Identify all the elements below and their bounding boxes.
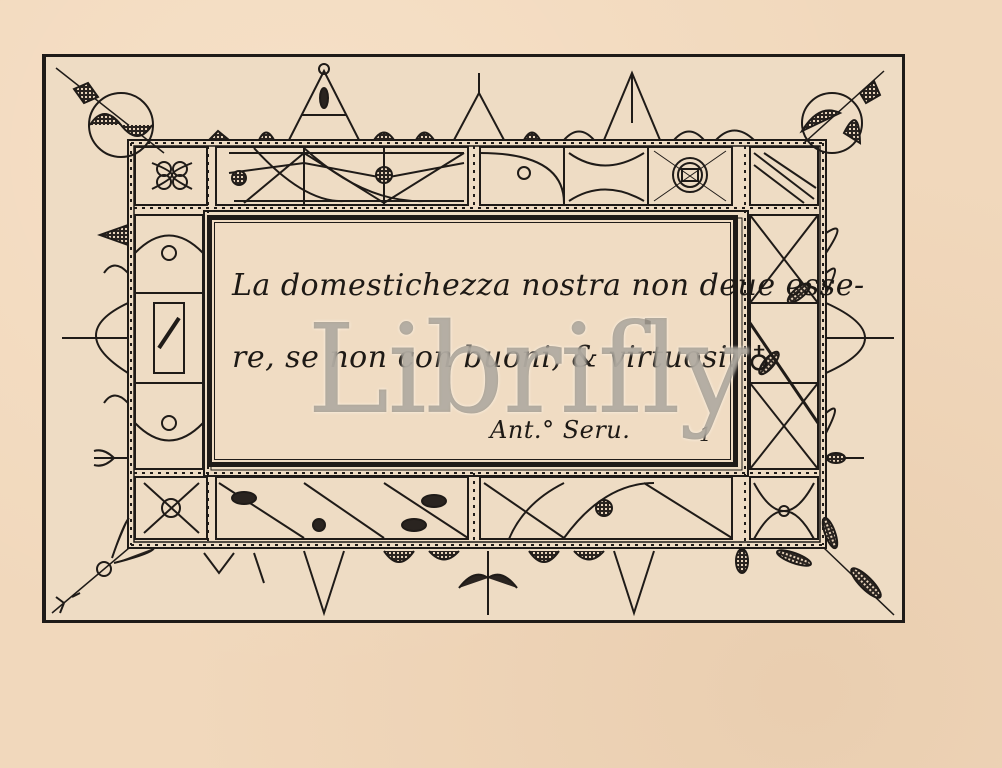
text-line-2: re, se non con buoni, & virtuosi. ♁ [232,340,770,375]
calligraphy-text-panel: La domestichezza nostra non deue esse- r… [207,215,738,467]
page-number: 1 [699,422,712,446]
text-line-1: La domestichezza nostra non deue esse- [232,268,865,303]
page: La domestichezza nostra non deue esse- r… [0,0,1002,768]
signature: Ant.° Seru. [490,416,630,444]
